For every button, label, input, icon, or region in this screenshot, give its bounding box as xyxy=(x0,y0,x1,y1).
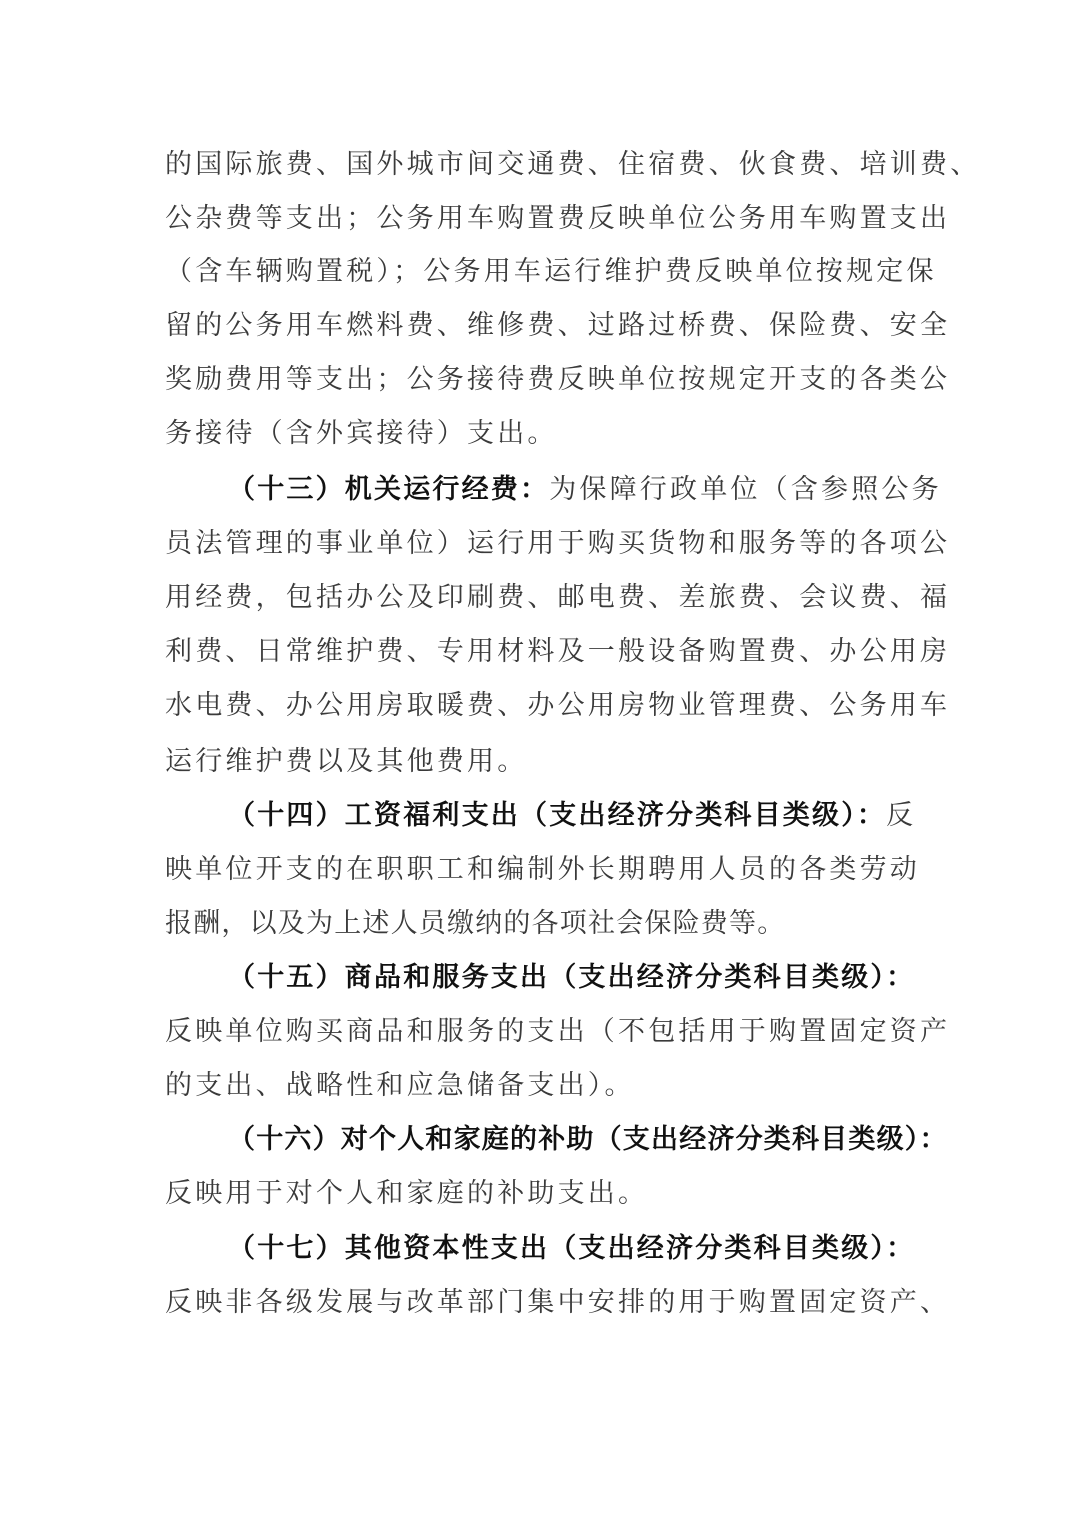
body-line: 报酬，以及为上述人员缴纳的各项社会保险费等。 xyxy=(165,904,915,944)
body-line: 务接待（含外宾接待）支出。 xyxy=(165,414,915,454)
section-16-first-line: （十六）对个人和家庭的补助（支出经济分类科目类级）： xyxy=(228,1120,918,1160)
section-13-text: 为保障行政单位（含参照公务 xyxy=(549,474,942,505)
body-line: 的国际旅费、国外城市间交通费、住宿费、伙食费、培训费、 xyxy=(165,145,915,185)
body-line: 的支出、战略性和应急储备支出）。 xyxy=(165,1066,915,1106)
section-14-heading: （十四）工资福利支出（支出经济分类科目类级）： xyxy=(228,800,886,831)
body-line: 留的公务用车燃料费、维修费、过路过桥费、保险费、安全 xyxy=(165,306,915,346)
section-17-first-line: （十七）其他资本性支出（支出经济分类科目类级）： xyxy=(228,1229,918,1269)
body-line: 反映单位购买商品和服务的支出（不包括用于购置固定资产 xyxy=(165,1012,915,1052)
section-16-heading: （十六）对个人和家庭的补助（支出经济分类科目类级）： xyxy=(228,1124,948,1155)
section-15-first-line: （十五）商品和服务支出（支出经济分类科目类级）： xyxy=(228,958,918,998)
body-line: 奖励费用等支出；公务接待费反映单位按规定开支的各类公 xyxy=(165,360,915,400)
body-line: 反映非各级发展与改革部门集中安排的用于购置固定资产、 xyxy=(165,1283,915,1323)
body-line: 用经费，包括办公及印刷费、邮电费、差旅费、会议费、福 xyxy=(165,578,915,618)
body-line: 公杂费等支出；公务用车购置费反映单位公务用车购置支出 xyxy=(165,199,915,239)
section-13-heading: （十三）机关运行经费： xyxy=(228,474,549,505)
section-14-first-line: （十四）工资福利支出（支出经济分类科目类级）：反 xyxy=(228,796,918,836)
section-15-heading: （十五）商品和服务支出（支出经济分类科目类级）： xyxy=(228,962,915,993)
body-line: 运行维护费以及其他费用。 xyxy=(165,742,915,782)
section-17-heading: （十七）其他资本性支出（支出经济分类科目类级）： xyxy=(228,1233,915,1264)
body-line: 员法管理的事业单位）运行用于购买货物和服务等的各项公 xyxy=(165,524,915,564)
body-line: （含车辆购置税）；公务用车运行维护费反映单位按规定保 xyxy=(165,252,915,292)
section-13-first-line: （十三）机关运行经费：为保障行政单位（含参照公务 xyxy=(228,470,918,510)
body-line: 利费、日常维护费、专用材料及一般设备购置费、办公用房 xyxy=(165,632,915,672)
body-line: 水电费、办公用房取暖费、办公用房物业管理费、公务用车 xyxy=(165,686,915,726)
body-line: 反映用于对个人和家庭的补助支出。 xyxy=(165,1174,915,1214)
body-line: 映单位开支的在职职工和编制外长期聘用人员的各类劳动 xyxy=(165,850,915,890)
document-page: 的国际旅费、国外城市间交通费、住宿费、伙食费、培训费、 公杂费等支出；公务用车购… xyxy=(0,0,1074,1520)
section-14-text: 反 xyxy=(886,800,916,831)
